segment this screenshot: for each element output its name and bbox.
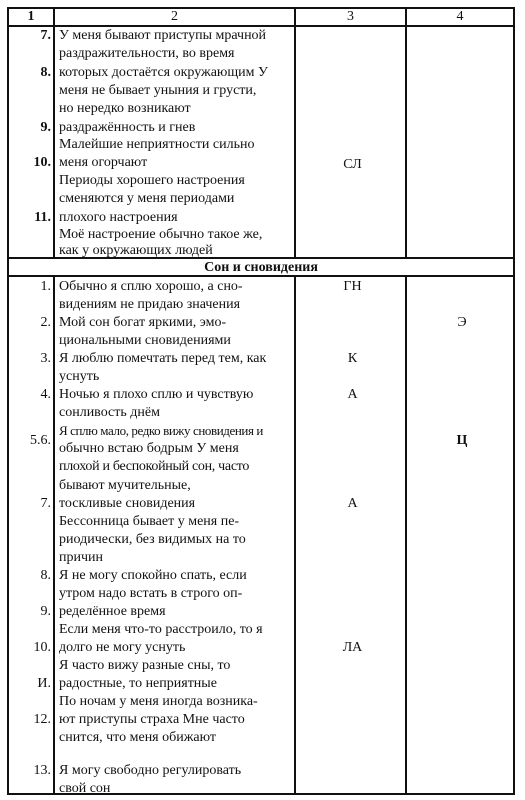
item-number: 10. xyxy=(9,640,51,656)
section-title-row: Сон и сновидения xyxy=(9,257,513,277)
item-text-line: Малейшие неприятности сильно xyxy=(59,137,295,153)
item-text-line: меня не бывает уныния и грусти, xyxy=(59,83,295,99)
item-text-line: циональными сновидениями xyxy=(59,333,295,349)
item-text-line: утром надо встать в строго оп- xyxy=(59,586,295,602)
scale-code: ЛА xyxy=(298,640,407,656)
item-text-line: Бессонница бывает у меня пе- xyxy=(59,514,295,530)
item-text-line: меня огорчают xyxy=(59,155,295,171)
item-text-line: обычно встаю бодрым У меня xyxy=(59,441,295,457)
item-text-line: сменяются у меня периодами xyxy=(59,191,295,207)
scale-code: А xyxy=(298,496,407,512)
item-number: 3. xyxy=(9,351,51,367)
item-number: 13. xyxy=(9,763,51,779)
item-text-line: сонливость днём xyxy=(59,405,295,421)
item-text-line: Если меня что-то расстроило, то я xyxy=(59,622,295,638)
item-number: 8. xyxy=(9,568,51,584)
item-text-line: Я часто вижу разные сны, то xyxy=(59,658,295,674)
item-number: 12. xyxy=(9,712,51,728)
item-number: 11. xyxy=(9,210,51,226)
item-text-line: Моё настроение обычно такое же, xyxy=(59,227,295,243)
header-col-3: 3 xyxy=(296,9,405,25)
scale-code: СЛ xyxy=(298,157,407,173)
header-col-2: 2 xyxy=(55,9,294,25)
item-number: 1. xyxy=(9,279,51,295)
column-divider xyxy=(405,9,407,257)
type-code: Э xyxy=(409,315,515,331)
item-text-line: долго не могу уснуть xyxy=(59,640,295,656)
item-number: 2. xyxy=(9,315,51,331)
item-text-line: но нередко возникают xyxy=(59,101,295,117)
item-text-line: причин xyxy=(59,550,295,566)
item-text-line: радостные, то неприятные xyxy=(59,676,295,692)
item-number: 5.6. xyxy=(9,433,51,449)
item-text-line: плохого настроения xyxy=(59,210,295,226)
item-text-line: тоскливые сновидения xyxy=(59,496,295,512)
item-text-line: ределённое время xyxy=(59,604,295,620)
item-text-line: Я люблю помечтать перед тем, как xyxy=(59,351,295,367)
item-text-line: Мой сон богат яркими, эмо- xyxy=(59,315,295,331)
table-header-row: 1 2 3 4 xyxy=(9,9,513,27)
item-text-line: раздражительности, во время xyxy=(59,46,295,62)
item-text-line: ют приступы страха Мне часто xyxy=(59,712,295,728)
column-divider xyxy=(53,277,55,793)
item-number: И. xyxy=(9,676,51,692)
item-text-line: По ночам у меня иногда возника- xyxy=(59,694,295,710)
questionnaire-table: 1 2 3 4 7. 8. 9. 10. 11. У меня бывают п… xyxy=(7,7,515,795)
item-text-line: У меня бывают приступы мрачной xyxy=(59,28,295,44)
item-number: 4. xyxy=(9,387,51,403)
header-col-4: 4 xyxy=(407,9,513,25)
column-divider xyxy=(53,9,55,257)
item-text-line: уснуть xyxy=(59,369,295,385)
item-text-line: свой сон xyxy=(59,781,295,797)
item-text-line: которых достаётся окружающим У xyxy=(59,65,295,81)
item-text-line: Я могу свободно регулировать xyxy=(59,763,295,779)
item-number: 7. xyxy=(9,28,51,44)
item-text-line: Ночью я плохо сплю и чувствую xyxy=(59,387,295,403)
item-number: 8. xyxy=(9,65,51,81)
item-text-line: снится, что меня обижают xyxy=(59,730,295,746)
item-text-line: Обычно я сплю хорошо, а сно- xyxy=(59,279,295,295)
item-text-line: видениям не придаю значения xyxy=(59,297,295,313)
item-text-line: риодически, без видимых на то xyxy=(59,532,295,548)
item-text-line: раздражённость и гнев xyxy=(59,120,295,136)
item-number: 10. xyxy=(9,155,51,171)
item-text-line: Я не могу спокойно спать, если xyxy=(59,568,295,584)
scale-code: ГН xyxy=(298,279,407,295)
scale-code: А xyxy=(298,387,407,403)
type-code: Ц xyxy=(409,433,515,449)
item-text-line: бывают мучительные, xyxy=(59,478,295,494)
item-number: 9. xyxy=(9,120,51,136)
item-text-line: Периоды хорошего настроения xyxy=(59,173,295,189)
item-number: 7. xyxy=(9,496,51,512)
item-text-line: плохой и беспокойный сон, часто xyxy=(59,459,295,475)
header-col-1: 1 xyxy=(9,9,53,25)
scale-code: К xyxy=(298,351,407,367)
item-text-line: Я сплю мало, редко вижу сновидения и xyxy=(59,423,295,439)
item-number: 9. xyxy=(9,604,51,620)
